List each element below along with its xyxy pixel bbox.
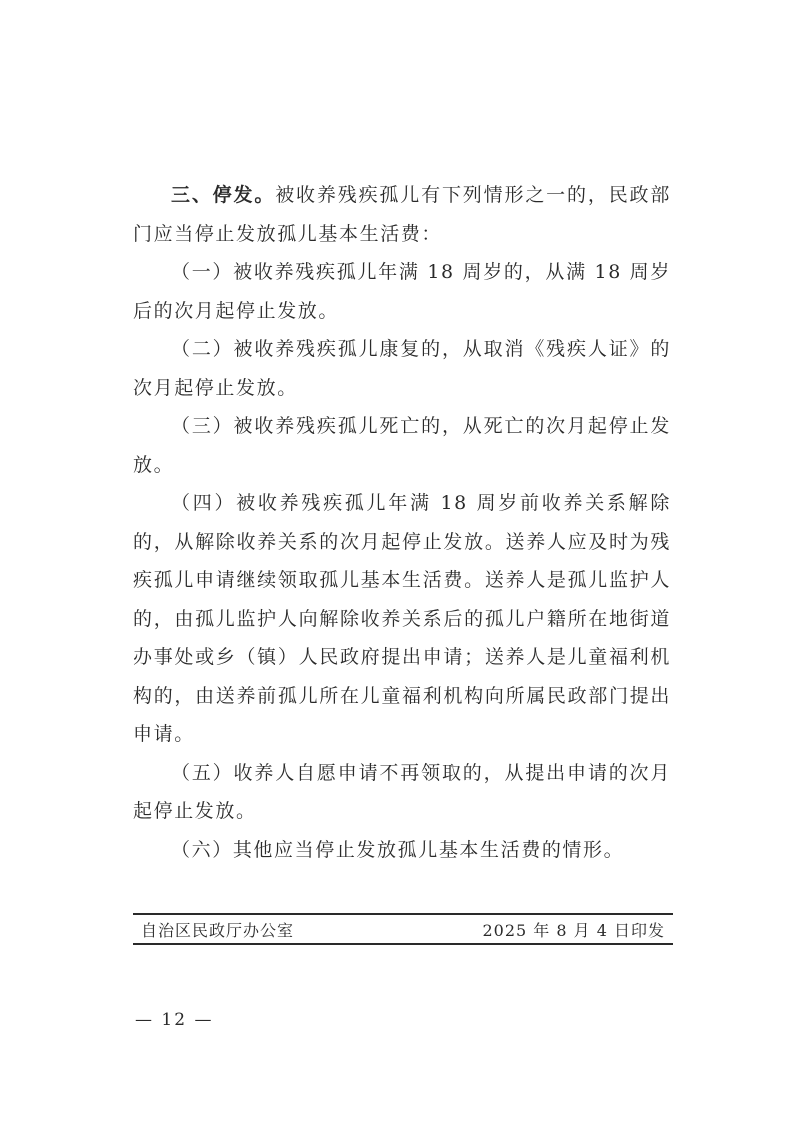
issuer-name: 自治区民政厅办公室 — [141, 918, 294, 941]
item-label: （五） — [171, 762, 234, 784]
list-item: （三）被收养残疾孤儿死亡的，从死亡的次月起停止发放。 — [133, 407, 671, 484]
print-footer: 自治区民政厅办公室 2025 年 8 月 4 日印发 — [133, 913, 673, 945]
item-text: 被收养残疾孤儿年满 18 周岁前收养关系解除的，从解除收养关系的次月起停止发放。… — [133, 492, 671, 745]
section-heading: 三、停发。 — [171, 184, 275, 206]
page-number: — 12 — — [135, 1010, 213, 1030]
footer-row: 自治区民政厅办公室 2025 年 8 月 4 日印发 — [133, 915, 673, 943]
footer-rule-bottom — [133, 943, 673, 945]
item-text: 其他应当停止发放孤儿基本生活费的情形。 — [233, 839, 624, 861]
document-body: 三、停发。被收养残疾孤儿有下列情形之一的，民政部门应当停止发放孤儿基本生活费： … — [133, 176, 671, 869]
list-item: （一）被收养残疾孤儿年满 18 周岁的，从满 18 周岁后的次月起停止发放。 — [133, 253, 671, 330]
list-item: （六）其他应当停止发放孤儿基本生活费的情形。 — [133, 831, 671, 870]
item-label: （四） — [171, 492, 236, 514]
item-label: （三） — [171, 415, 234, 437]
list-item: （二）被收养残疾孤儿康复的，从取消《残疾人证》的次月起停止发放。 — [133, 330, 671, 407]
item-label: （二） — [171, 338, 234, 360]
print-date: 2025 年 8 月 4 日印发 — [482, 918, 665, 941]
item-label: （一） — [171, 261, 233, 283]
item-label: （六） — [171, 839, 233, 861]
section-paragraph: 三、停发。被收养残疾孤儿有下列情形之一的，民政部门应当停止发放孤儿基本生活费： — [133, 176, 671, 253]
list-item: （四）被收养残疾孤儿年满 18 周岁前收养关系解除的，从解除收养关系的次月起停止… — [133, 484, 671, 754]
list-item: （五）收养人自愿申请不再领取的，从提出申请的次月起停止发放。 — [133, 754, 671, 831]
